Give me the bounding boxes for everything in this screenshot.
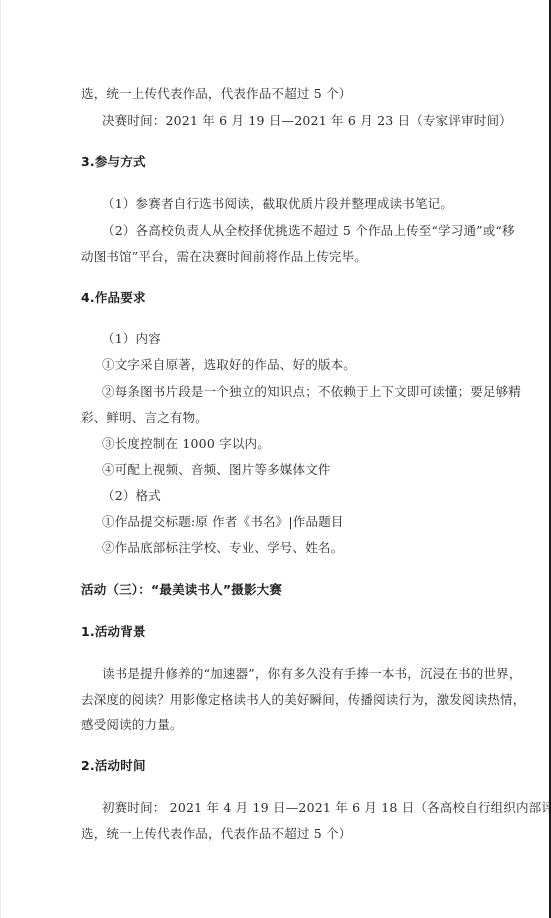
text-line: 读书是提升修养的“加速器”，你有多久没有手捧一本书，沉浸在书的世界，: [102, 666, 522, 682]
text-line: 初赛时间： 2021 年 4 月 19 日—2021 年 6 月 18 日（各高…: [102, 800, 551, 816]
text-line: ④可配上视频、音频、图片等多媒体文件: [102, 462, 331, 478]
text-line: 去深度的阅读？用影像定格读书人的美好瞬间，传播阅读行为，激发阅读热情，: [81, 692, 526, 708]
text-line: 彩、鲜明、言之有物。: [81, 410, 208, 426]
text-line: 选，统一上传代表作品，代表作品不超过 5 个）: [81, 826, 352, 842]
text-line: 感受阅读的力量。: [81, 717, 183, 733]
section-heading: 3.参与方式: [81, 154, 146, 170]
text-line: ①作品提交标题:原 作者《书名》|作品题目: [102, 514, 344, 530]
text-line: （1）内容: [102, 331, 161, 347]
section-heading: 4.作品要求: [81, 290, 146, 306]
text-line: （2）格式: [102, 488, 161, 504]
text-line: （2）各高校负责人从全校择优挑选不超过 5 个作品上传至“学习通”或“移: [102, 223, 515, 239]
text-line: 选，统一上传代表作品，代表作品不超过 5 个）: [81, 86, 352, 102]
text-line: ②每条图书片段是一个独立的知识点；不依赖于上下文即可读懂；要足够精: [102, 384, 521, 400]
activity-heading: 活动（三）：“最美读书人”摄影大赛: [81, 582, 282, 598]
section-heading: 1.活动背景: [81, 624, 146, 640]
text-line: ③长度控制在 1000 字以内。: [102, 436, 270, 452]
text-line: 动图书馆”平台，需在决赛时间前将作品上传完毕。: [81, 249, 367, 265]
text-line: ①文字采自原著，选取好的作品、好的版本。: [102, 357, 356, 373]
document-page: 选，统一上传代表作品，代表作品不超过 5 个） 决赛时间：2021 年 6 月 …: [0, 0, 551, 918]
text-line: ②作品底部标注学校、专业、学号、姓名。: [102, 540, 343, 556]
text-line: （1）参赛者自行选书阅读，截取优质片段并整理成读书笔记。: [102, 196, 453, 212]
section-heading: 2.活动时间: [81, 758, 146, 774]
text-line: 决赛时间：2021 年 6 月 19 日—2021 年 6 月 23 日（专家评…: [102, 113, 512, 129]
